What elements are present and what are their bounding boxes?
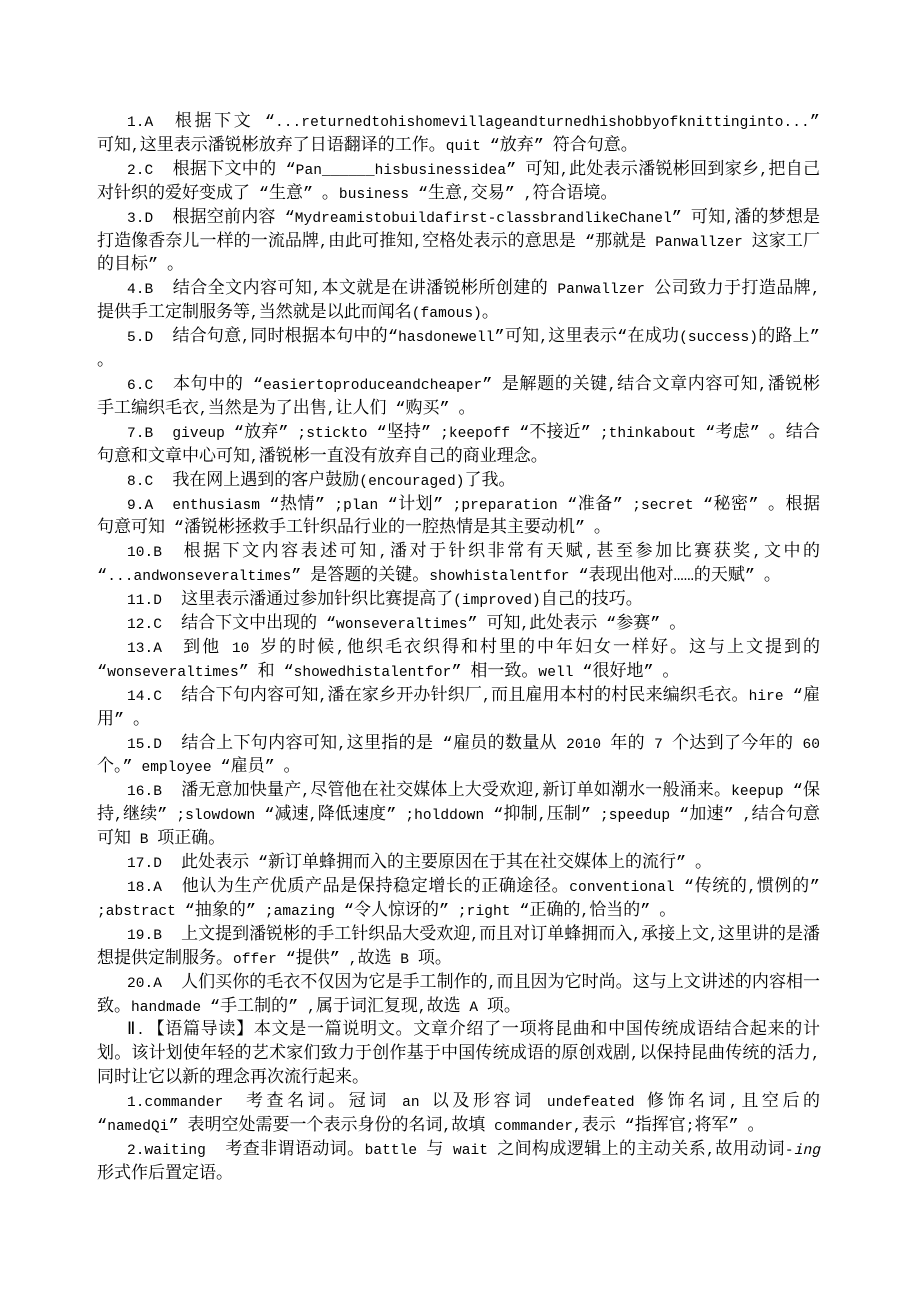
cloze-answer-item-18: 18.A他认为生产优质产品是保持稳定增长的正确途径。conventional “… [97,877,820,925]
answer-explanation: 到他 10 岁的时候,他织毛衣织得和村里的中年妇女一样好。这与上文提到的 “wo… [97,641,820,681]
answer-number: 5.D [127,330,153,346]
answer-explanation: 结合上下句内容可知,这里指的是 “雇员的数量从 2010 年的 7 个达到了今年… [97,737,820,777]
answer-explanation: 根据下文内容表述可知,潘对于针织非常有天赋,甚至参加比赛获奖,文中的 “...a… [97,545,820,585]
cloze-answer-item-5: 5.D结合句意,同时根据本句中的“hasdonewell”可知,这里表示“在成功… [97,327,820,375]
answer-number: 14.C [127,689,162,705]
answer-number: 6.C [127,378,153,394]
cloze-answer-item-14: 14.C结合下句内容可知,潘在家乡开办针织厂,而且雇用本村的村民来编织毛衣。hi… [97,686,820,734]
cloze-answer-item-10: 10.B根据下文内容表述可知,潘对于针织非常有天赋,甚至参加比赛获奖,文中的 “… [97,542,820,590]
cloze-answer-item-2: 2.C根据下文中的 “Pan______hisbusinessidea” 可知,… [97,160,820,208]
answer-explanation: 他认为生产优质产品是保持稳定增长的正确途径。conventional “传统的,… [97,880,820,920]
answer-number: 12.C [127,617,162,633]
answer-number: 19.B [127,928,162,944]
answer-explanation: 我在网上遇到的客户鼓励(encouraged)了我。 [172,474,515,490]
answer-explanation: 此处表示 “新订单蜂拥而入的主要原因在于其在社交媒体上的流行” 。 [181,856,712,872]
cloze-answer-item-9: 9.Aenthusiasm “热情” ;plan “计划” ;preparati… [97,495,820,543]
cloze-answer-item-13: 13.A到他 10 岁的时候,他织毛衣织得和村里的中年妇女一样好。这与上文提到的… [97,638,820,686]
answer-number: 13.A [127,641,162,657]
cloze-answer-item-20: 20.A人们买你的毛衣不仅因为它是手工制作的,而且因为它时尚。这与上文讲述的内容… [97,973,820,1021]
answer-number: 9.A [127,498,153,514]
answer-explanation: giveup “放弃” ;stickto “坚持” ;keepoff “不接近”… [97,426,820,466]
answer-explanation: 根据下文中的 “Pan______hisbusinessidea” 可知,此处表… [97,163,820,203]
cloze-answer-item-19: 19.B上文提到潘锐彬的手工针织品大受欢迎,而且对订单蜂拥而入,承接上文,这里讲… [97,925,820,973]
answer-key-page: 1.A根据下文 “...returnedtohishomevillageandt… [0,0,920,1302]
grammar-answer-item-1: 1.commander考查名词。冠词 an 以及形容词 undefeated 修… [97,1092,820,1140]
answer-explanation: 考查非谓语动词。battle 与 wait 之间构成逻辑上的主动关系,故用动词- [225,1143,794,1159]
grammar-answer-item-2: 2.waiting考查非谓语动词。battle 与 wait 之间构成逻辑上的主… [97,1140,820,1188]
answer-number: 2.waiting [127,1143,206,1159]
passage-guide-text: 【语篇导读】本文是一篇说明文。文章介绍了一项将昆曲和中国传统成语结合起来的计划。… [97,1023,820,1087]
answer-explanation: 本句中的 “easiertoproduceandcheaper” 是解题的关键,… [97,378,820,418]
answer-explanation: 结合全文内容可知,本文就是在讲潘锐彬所创建的 Panwallzer 公司致力于打… [97,282,820,322]
answer-number: 16.B [127,784,162,800]
answer-number: 8.C [127,474,153,490]
cloze-answer-item-11: 11.D这里表示潘通过参加针织比赛提高了(improved)自己的技巧。 [97,590,820,614]
answer-number: 7.B [127,426,153,442]
answer-explanation: enthusiasm “热情” ;plan “计划” ;preparation … [97,498,820,538]
answer-explanation: 根据下文 “...returnedtohishomevillageandturn… [97,115,820,155]
answer-number: 11.D [127,593,162,609]
italic-ing-suffix: ing [794,1143,820,1159]
cloze-answer-item-3: 3.D根据空前内容 “Mydreamistobuildafirst-classb… [97,208,820,280]
answer-number: 2.C [127,163,153,179]
cloze-answer-item-6: 6.C本句中的 “easiertoproduceandcheaper” 是解题的… [97,375,820,423]
cloze-answer-item-4: 4.B结合全文内容可知,本文就是在讲潘锐彬所创建的 Panwallzer 公司致… [97,279,820,327]
answer-number: 3.D [127,211,153,227]
answer-explanation: 这里表示潘通过参加针织比赛提高了(improved)自己的技巧。 [181,593,643,609]
answer-number: 10.B [127,545,162,561]
cloze-answer-item-8: 8.C我在网上遇到的客户鼓励(encouraged)了我。 [97,471,820,495]
answer-explanation-tail: 形式作后置定语。 [97,1167,233,1183]
cloze-answer-item-16: 16.B潘无意加快量产,尽管他在社交媒体上大受欢迎,新订单如潮水一般涌来。kee… [97,781,820,853]
answer-key-text-block: 1.A根据下文 “...returnedtohishomevillageandt… [97,112,820,1188]
answer-number: 1.commander [127,1095,223,1111]
answer-explanation: 潘无意加快量产,尽管他在社交媒体上大受欢迎,新订单如潮水一般涌来。keepup … [97,784,820,848]
passage-guide-intro: Ⅱ.【语篇导读】本文是一篇说明文。文章介绍了一项将昆曲和中国传统成语结合起来的计… [97,1020,820,1092]
answer-explanation: 人们买你的毛衣不仅因为它是手工制作的,而且因为它时尚。这与上文讲述的内容相一致。… [97,976,820,1016]
answer-explanation: 结合下句内容可知,潘在家乡开办针织厂,而且雇用本村的村民来编织毛衣。hire “… [97,689,820,729]
answer-number: 4.B [127,282,153,298]
answer-explanation: 结合句意,同时根据本句中的“hasdonewell”可知,这里表示“在成功(su… [97,330,820,370]
cloze-answer-item-7: 7.Bgiveup “放弃” ;stickto “坚持” ;keepoff “不… [97,423,820,471]
cloze-answer-item-17: 17.D此处表示 “新订单蜂拥而入的主要原因在于其在社交媒体上的流行” 。 [97,853,820,877]
answer-explanation: 结合下文中出现的 “wonseveraltimes” 可知,此处表示 “参赛” … [181,617,686,633]
cloze-answer-item-12: 12.C结合下文中出现的 “wonseveraltimes” 可知,此处表示 “… [97,614,820,638]
answer-number: 15.D [127,737,162,753]
cloze-answer-item-15: 15.D结合上下句内容可知,这里指的是 “雇员的数量从 2010 年的 7 个达… [97,734,820,782]
answer-explanation: 根据空前内容 “Mydreamistobuildafirst-classbran… [97,211,820,275]
answer-explanation: 上文提到潘锐彬的手工针织品大受欢迎,而且对订单蜂拥而入,承接上文,这里讲的是潘想… [97,928,820,968]
answer-number: 20.A [127,976,162,992]
answer-number: 17.D [127,856,162,872]
answer-number: 1.A [127,115,153,131]
cloze-answer-item-1: 1.A根据下文 “...returnedtohishomevillageandt… [97,112,820,160]
answer-number: 18.A [127,880,162,896]
section-number: Ⅱ. [127,1023,145,1039]
